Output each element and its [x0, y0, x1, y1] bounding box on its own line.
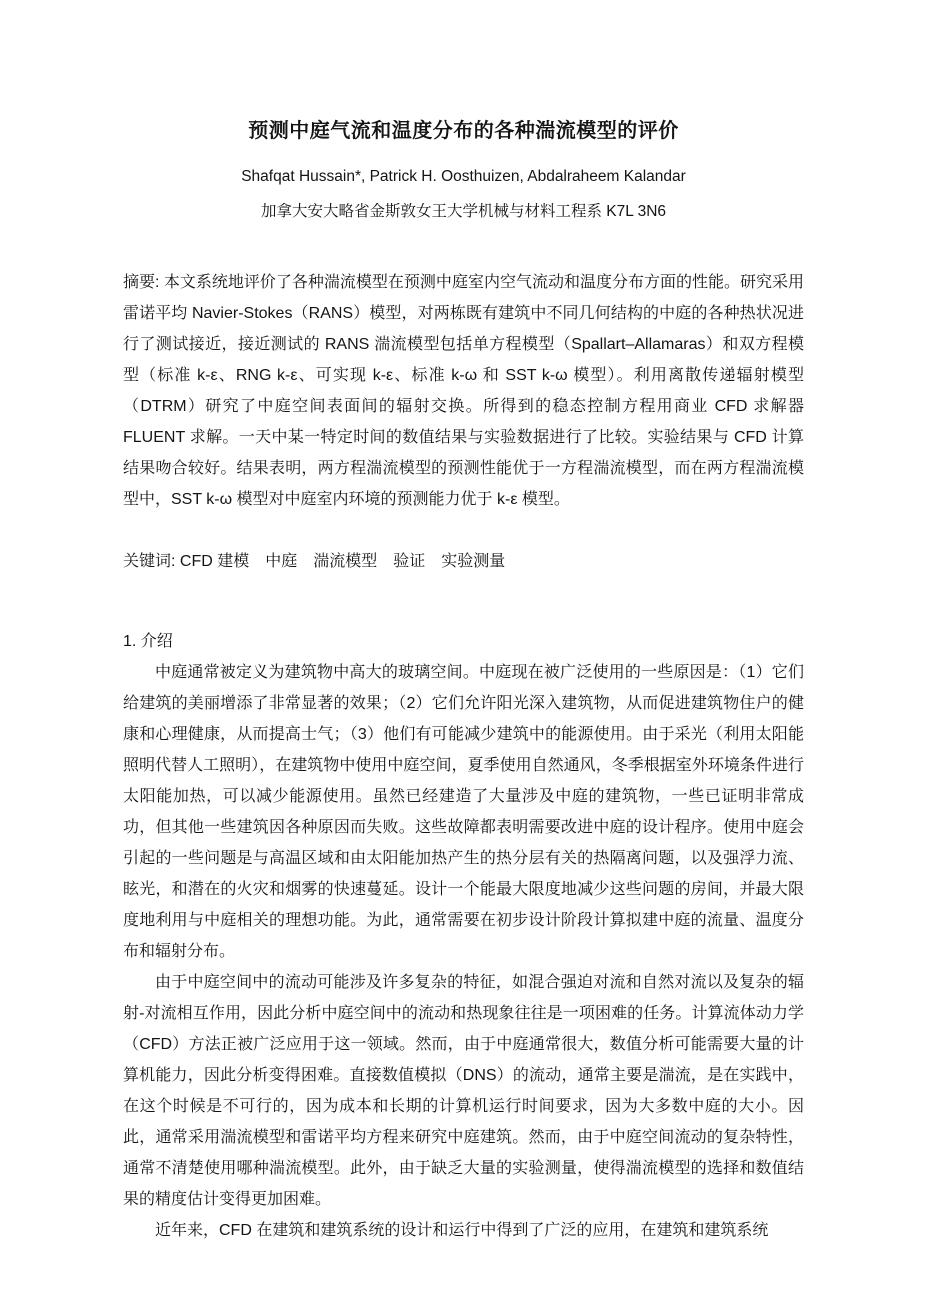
document-page: 预测中庭气流和温度分布的各种湍流模型的评价 Shafqat Hussain*, …: [0, 0, 926, 1309]
page-content: 预测中庭气流和温度分布的各种湍流模型的评价 Shafqat Hussain*, …: [123, 116, 804, 1246]
intro-paragraph-3: 近年来，CFD 在建筑和建筑系统的设计和运行中得到了广泛的应用，在建筑和建筑系统: [123, 1215, 804, 1246]
keywords-line: 关键词: CFD 建模 中庭 湍流模型 验证 实验测量: [123, 546, 804, 577]
section-heading-introduction: 1. 介绍: [123, 626, 804, 657]
paper-affiliation: 加拿大安大略省金斯敦女王大学机械与材料工程系 K7L 3N6: [123, 201, 804, 223]
abstract-paragraph: 摘要: 本文系统地评价了各种湍流模型在预测中庭室内空气流动和温度分布方面的性能。…: [123, 267, 804, 515]
intro-paragraph-2: 由于中庭空间中的流动可能涉及许多复杂的特征，如混合强迫对流和自然对流以及复杂的辐…: [123, 967, 804, 1215]
paper-authors: Shafqat Hussain*, Patrick H. Oosthuizen,…: [123, 166, 804, 188]
paper-title: 预测中庭气流和温度分布的各种湍流模型的评价: [123, 116, 804, 146]
intro-paragraph-1: 中庭通常被定义为建筑物中高大的玻璃空间。中庭现在被广泛使用的一些原因是：（1）它…: [123, 657, 804, 967]
